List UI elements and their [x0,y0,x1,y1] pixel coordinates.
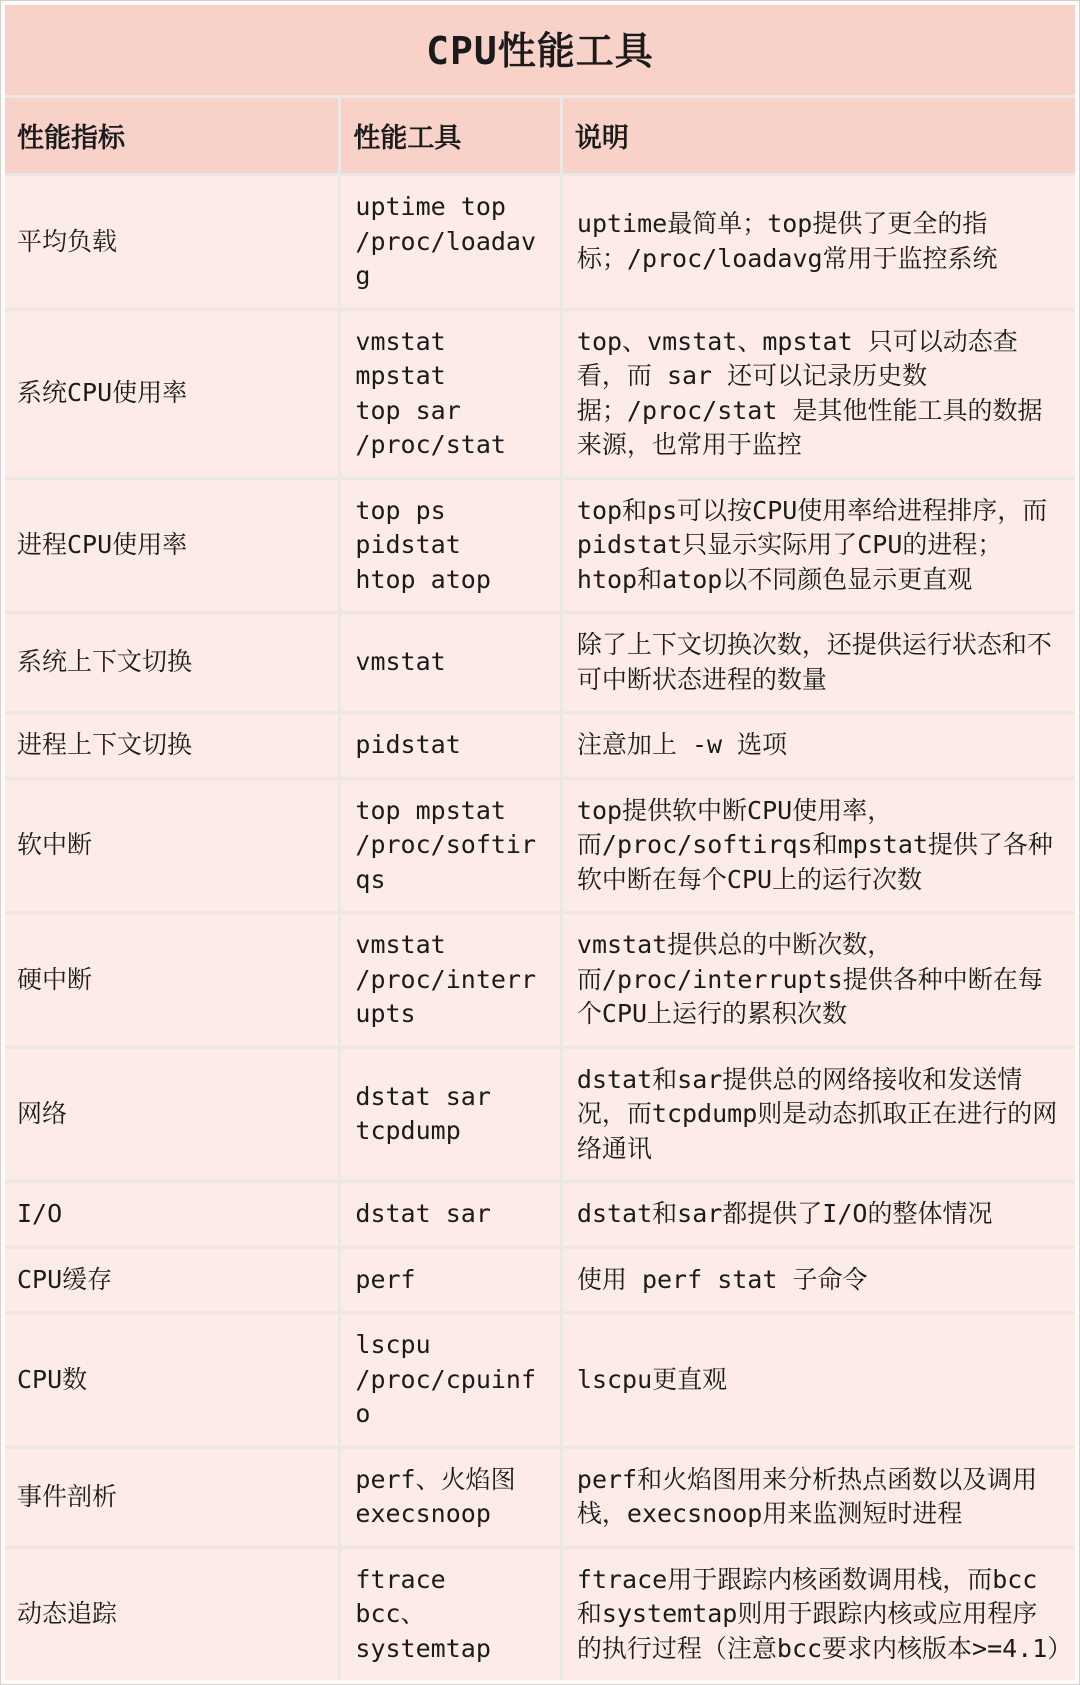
table-row: I/Odstat sardstat和sar都提供了I/O的整体情况 [5,1182,1075,1248]
row-metric-cell: 系统CPU使用率 [5,309,340,478]
row-tools-cell: pidstat [340,713,561,779]
table-row: 动态追踪ftrace bcc、 systemtapftrace用于跟踪内核函数调… [5,1547,1075,1680]
row-description-cell: 除了上下文切换次数，还提供运行状态和不可中断状态进程的数量 [561,613,1075,713]
row-description-cell: dstat和sar提供总的网络接收和发送情况，而tcpdump则是动态抓取正在进… [561,1047,1075,1182]
row-tools-cell: dstat sar tcpdump [340,1047,561,1182]
row-metric-cell: 网络 [5,1047,340,1182]
header-row: 性能指标 性能工具 说明 [5,97,1075,175]
row-description-cell: top和ps可以按CPU使用率给进程排序，而pidstat只显示实际用了CPU的… [561,478,1075,613]
row-tools-cell: lscpu /proc/cpuinfo [340,1313,561,1448]
table-row: 软中断top mpstat /proc/softirqstop提供软中断CPU使… [5,778,1075,913]
row-tools-cell: perf [340,1247,561,1313]
row-metric-cell: CPU数 [5,1313,340,1448]
row-description-cell: top提供软中断CPU使用率， 而/proc/softirqs和mpstat提供… [561,778,1075,913]
row-tools-cell: vmstat [340,613,561,713]
row-tools-cell: ftrace bcc、 systemtap [340,1547,561,1680]
table-row: 事件剖析perf、火焰图 execsnoopperf和火焰图用来分析热点函数以及… [5,1447,1075,1547]
table-row: 系统上下文切换vmstat除了上下文切换次数，还提供运行状态和不可中断状态进程的… [5,613,1075,713]
row-metric-cell: 进程CPU使用率 [5,478,340,613]
row-description-cell: vmstat提供总的中断次数， 而/proc/interrupts提供各种中断在… [561,913,1075,1048]
table-row: 系统CPU使用率vmstat mpstat top sar /proc/stat… [5,309,1075,478]
col-header-metric: 性能指标 [5,97,340,175]
table-row: 平均负载uptime top /proc/loadavguptime最简单；to… [5,175,1075,310]
row-tools-cell: dstat sar [340,1182,561,1248]
row-tools-cell: top ps pidstat htop atop [340,478,561,613]
table-title: CPU性能工具 [5,5,1075,95]
cpu-tools-infographic: CPU性能工具 性能指标 性能工具 说明 平均负载uptime top /pro… [0,0,1080,1685]
row-description-cell: top、vmstat、mpstat 只可以动态查看，而 sar 还可以记录历史数… [561,309,1075,478]
row-tools-cell: top mpstat /proc/softirqs [340,778,561,913]
table-row: CPU缓存perf使用 perf stat 子命令 [5,1247,1075,1313]
row-description-cell: lscpu更直观 [561,1313,1075,1448]
table-body: 平均负载uptime top /proc/loadavguptime最简单；to… [5,175,1075,1681]
table-row: 进程CPU使用率top ps pidstat htop atoptop和ps可以… [5,478,1075,613]
row-metric-cell: I/O [5,1182,340,1248]
row-tools-cell: perf、火焰图 execsnoop [340,1447,561,1547]
row-description-cell: ftrace用于跟踪内核函数调用栈，而bcc和systemtap则用于跟踪内核或… [561,1547,1075,1680]
row-description-cell: perf和火焰图用来分析热点函数以及调用栈，execsnoop用来监测短时进程 [561,1447,1075,1547]
col-header-tools: 性能工具 [340,97,561,175]
row-metric-cell: 动态追踪 [5,1547,340,1680]
row-description-cell: dstat和sar都提供了I/O的整体情况 [561,1182,1075,1248]
table-row: CPU数lscpu /proc/cpuinfolscpu更直观 [5,1313,1075,1448]
row-description-cell: uptime最简单；top提供了更全的指标；/proc/loadavg常用于监控… [561,175,1075,310]
row-metric-cell: 平均负载 [5,175,340,310]
row-metric-cell: 进程上下文切换 [5,713,340,779]
row-description-cell: 使用 perf stat 子命令 [561,1247,1075,1313]
table-row: 进程上下文切换pidstat注意加上 -w 选项 [5,713,1075,779]
row-metric-cell: 硬中断 [5,913,340,1048]
row-tools-cell: vmstat /proc/interrupts [340,913,561,1048]
col-header-description: 说明 [561,97,1075,175]
row-metric-cell: CPU缓存 [5,1247,340,1313]
row-metric-cell: 事件剖析 [5,1447,340,1547]
table-row: 硬中断vmstat /proc/interruptsvmstat提供总的中断次数… [5,913,1075,1048]
cpu-tools-table: 性能指标 性能工具 说明 平均负载uptime top /proc/loadav… [5,95,1075,1680]
row-metric-cell: 软中断 [5,778,340,913]
row-description-cell: 注意加上 -w 选项 [561,713,1075,779]
row-tools-cell: vmstat mpstat top sar /proc/stat [340,309,561,478]
row-metric-cell: 系统上下文切换 [5,613,340,713]
row-tools-cell: uptime top /proc/loadavg [340,175,561,310]
table-row: 网络dstat sar tcpdumpdstat和sar提供总的网络接收和发送情… [5,1047,1075,1182]
